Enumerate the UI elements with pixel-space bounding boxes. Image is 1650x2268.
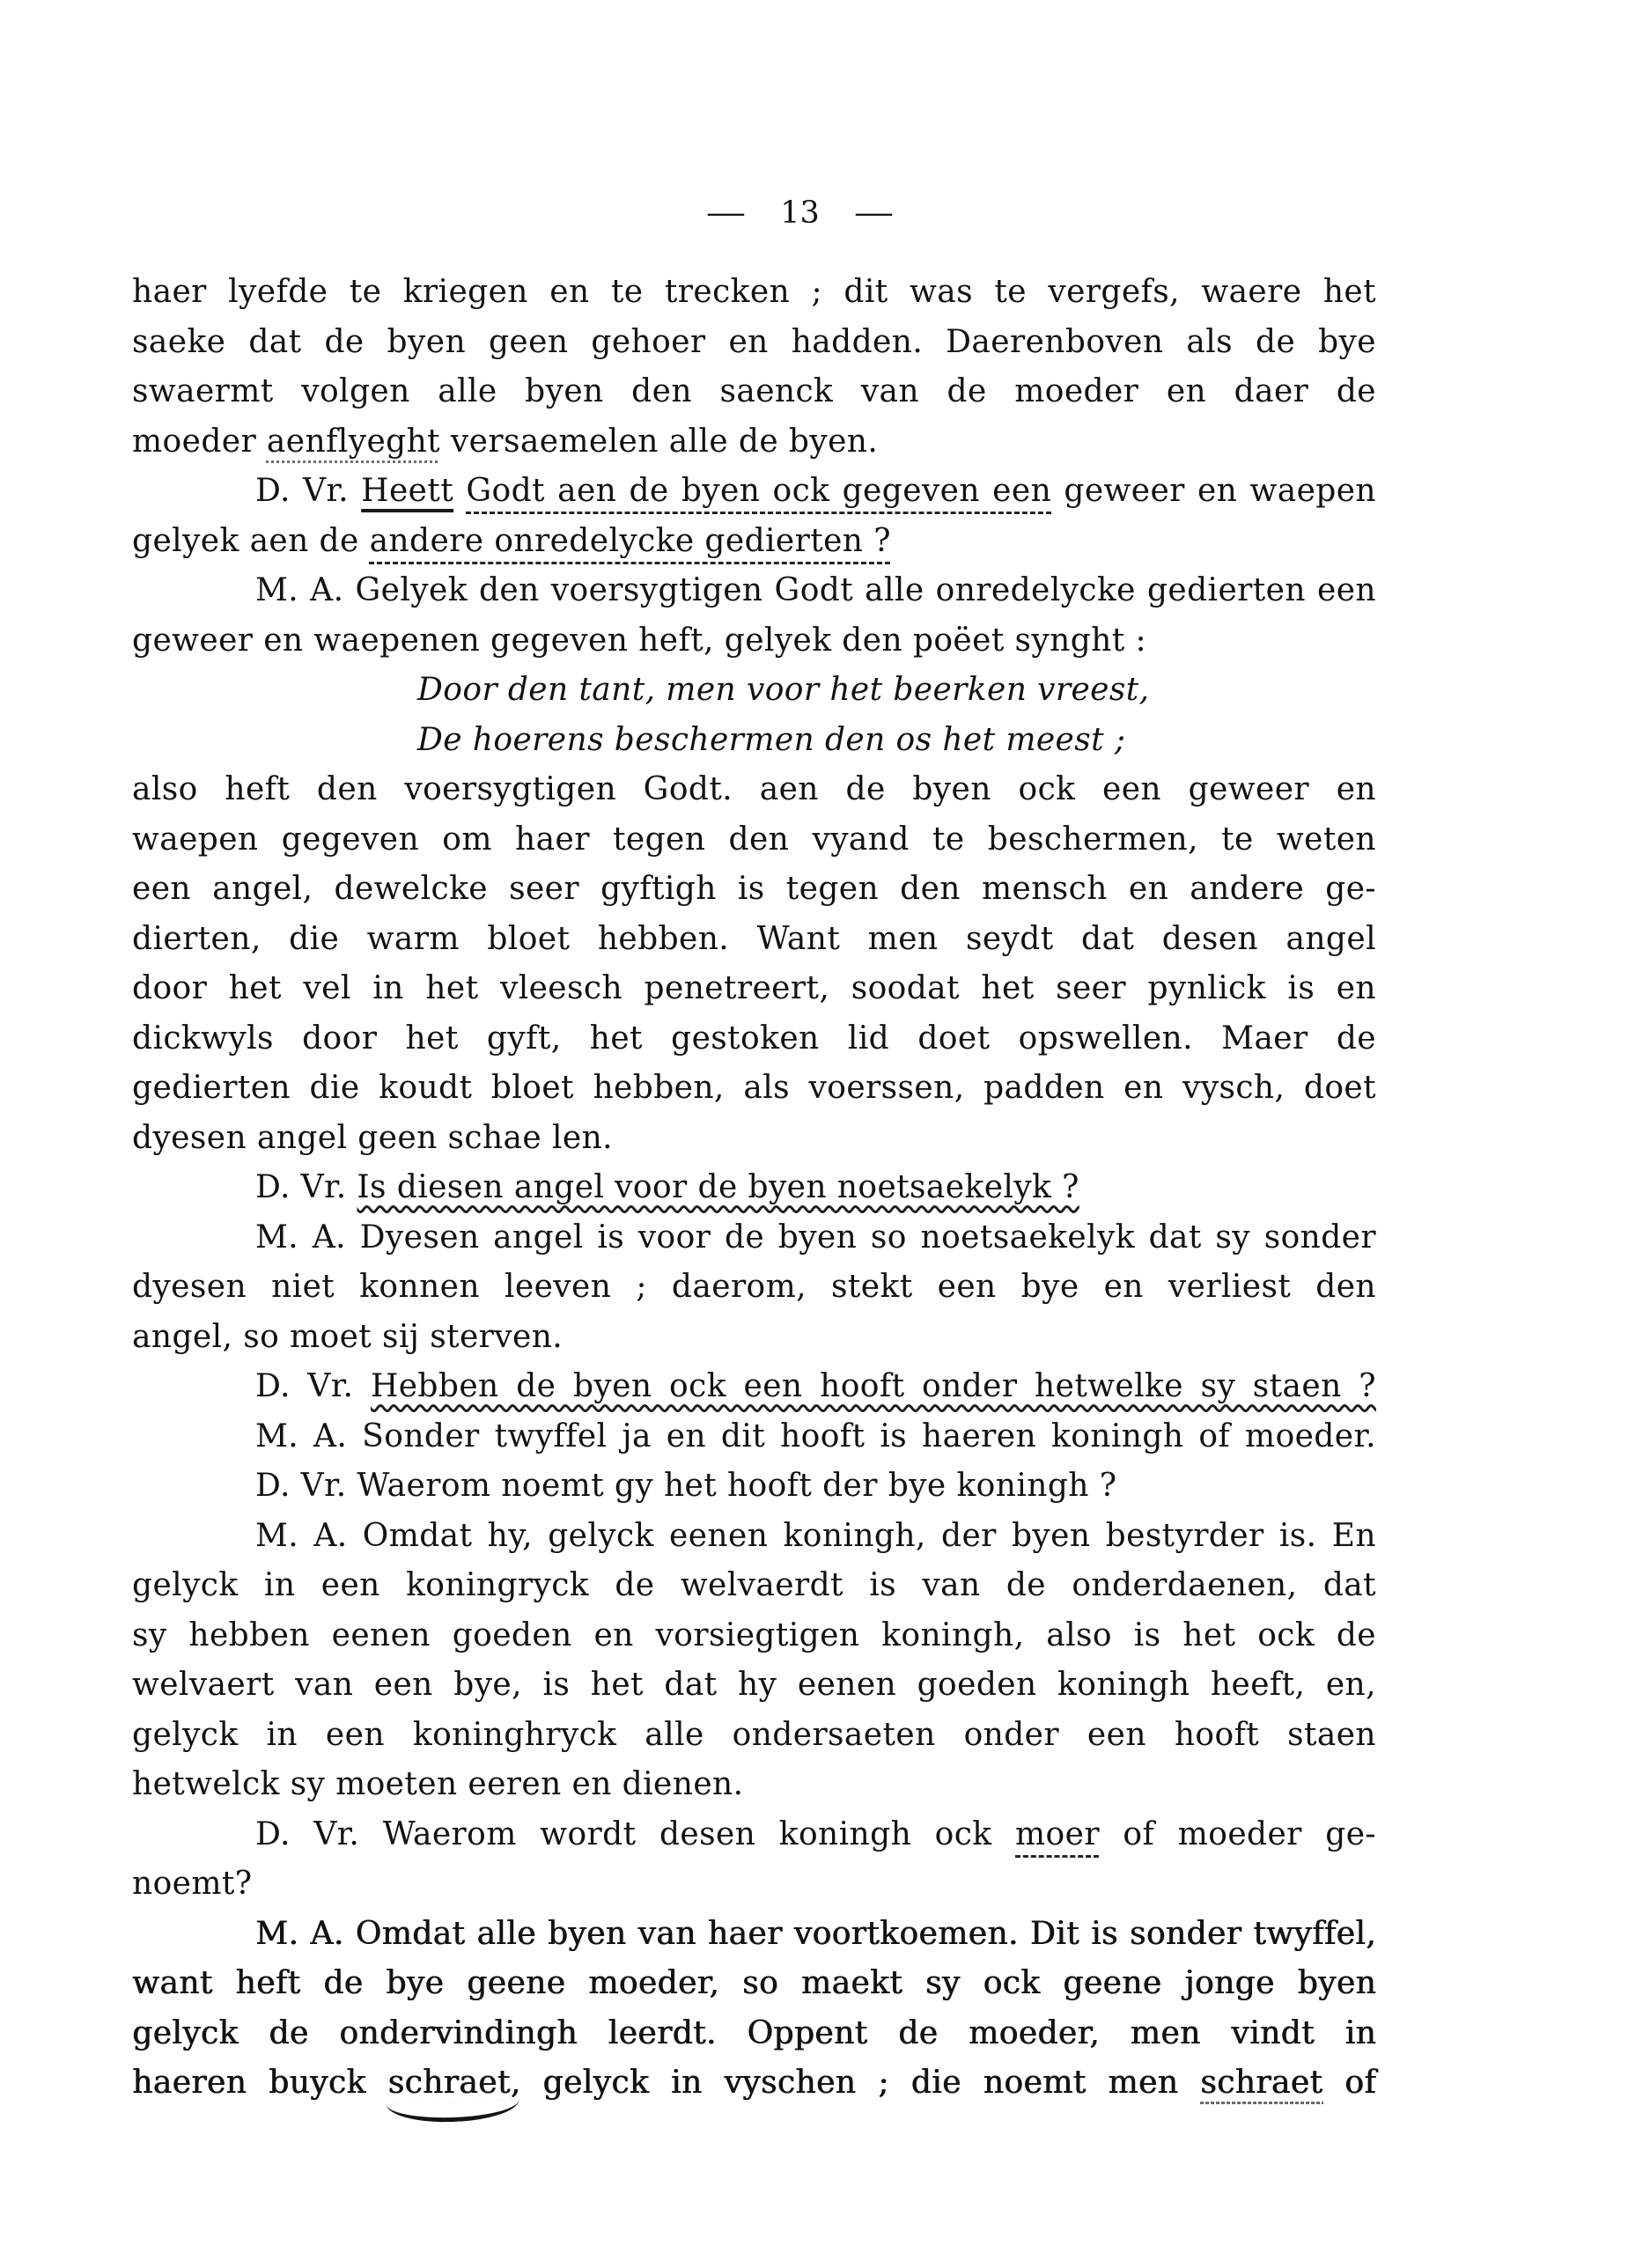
- text-segment: swaermt volgen alle byen den saenck van …: [132, 373, 1376, 409]
- text-line: D. Vr. Waerom wordt desen koningh ock mo…: [132, 1810, 1376, 1860]
- text-line: M. A. Omdat alle byen van haer voortkoem…: [132, 1910, 1376, 1960]
- text-line: haer lyefde te kriegen en te trecken ; d…: [132, 268, 1376, 318]
- text-segment: welvaert van een bye, is het dat hy eene…: [132, 1667, 1376, 1703]
- text-segment: gelyck in een koningryck de welvaerdt is…: [132, 1567, 1376, 1603]
- text-segment: sy hebben eenen goeden en vorsiegtigen k…: [132, 1617, 1376, 1653]
- text-segment: D. Vr.: [255, 473, 361, 509]
- text-segment: waepen gegeven om haer tegen den vyand t…: [132, 821, 1376, 858]
- text-line: M. A. Omdat hy, gelyck eenen koningh, de…: [132, 1512, 1376, 1562]
- text-line: dyesen angel geen schae len.: [132, 1114, 1376, 1164]
- text-segment: M. A. Omdat alle byen van haer voortkoem…: [255, 1916, 1376, 1952]
- text-line: M. A. Sonder twyffel ja en dit hooft is …: [132, 1412, 1376, 1462]
- text-segment: of moeder ge-: [1100, 1816, 1376, 1852]
- text-line: door het vel in het vleesch penetreert, …: [132, 964, 1376, 1014]
- text-segment: geweer en waepen: [1051, 473, 1376, 509]
- text-line: dierten, die warm bloet hebben. Want men…: [132, 915, 1376, 965]
- text-segment: geweer en waepenen gegeven heft, gelyek …: [132, 622, 1146, 659]
- text-line: D. Vr. Waerom noemt gy het hooft der bye…: [132, 1462, 1376, 1512]
- text-segment: versaemelen alle de byen.: [440, 423, 878, 460]
- text-segment: moeder: [132, 423, 267, 460]
- text-line: also heft den voersygtigen Godt. aen de …: [132, 765, 1376, 815]
- pencil-underline-wavy-text: Hebben de byen ock een hooft onder hetwe…: [371, 1368, 1376, 1404]
- text-segment: angel, so moet sij sterven.: [132, 1319, 563, 1355]
- text-segment: Door den tant, men voor het beerken vree…: [417, 672, 1149, 708]
- text-line: welvaert van een bye, is het dat hy eene…: [132, 1660, 1376, 1711]
- text-line: moeder aenflyeght versaemelen alle de by…: [132, 417, 1376, 468]
- text-line: D. Vr. Hebben de byen ock een hooft onde…: [132, 1362, 1376, 1412]
- text-segment: haer lyefde te kriegen en te trecken ; d…: [132, 274, 1376, 310]
- text-line: hetwelck sy moeten eeren en dienen.: [132, 1760, 1376, 1810]
- text-line: D. Vr. Is diesen angel voor de byen noet…: [132, 1163, 1376, 1213]
- pencil-underline-solid-text: Heett: [361, 473, 453, 509]
- text-line: haeren buyck schraet, gelyck in vyschen …: [132, 2058, 1376, 2109]
- page-number-left-dash: —: [706, 195, 747, 231]
- text-segment: want heft de bye geene moeder, so maekt …: [132, 1965, 1376, 2001]
- text-segment: D. Vr. Waerom noemt gy het hooft der bye…: [255, 1468, 1116, 1504]
- text-line: M. A. Gelyek den voersygtigen Godt alle …: [132, 566, 1376, 616]
- text-segment: also heft den voersygtigen Godt. aen de …: [132, 771, 1376, 807]
- text-segment: M. A. Dyesen angel is voor de byen so no…: [255, 1219, 1376, 1255]
- pencil-underline-dotted-text: aenflyeght: [267, 423, 440, 460]
- text-line: saeke dat de byen geen gehoer en hadden.…: [132, 318, 1376, 368]
- text-line: gelyck de ondervindingh leerdt. Oppent d…: [132, 2009, 1376, 2059]
- text-line: dickwyls door het gyft, het gestoken lid…: [132, 1014, 1376, 1064]
- text-block: haer lyefde te kriegen en te trecken ; d…: [132, 268, 1376, 2109]
- text-line: D. Vr. Heett Godt aen de byen ock gegeve…: [132, 467, 1376, 517]
- text-line: een angel, dewelcke seer gyftigh is tege…: [132, 865, 1376, 915]
- text-segment: gelyek aen de: [132, 523, 370, 559]
- text-segment: D. Vr.: [255, 1368, 371, 1404]
- text-line: want heft de bye geene moeder, so maekt …: [132, 1959, 1376, 2009]
- text-line: noemt?: [132, 1859, 1376, 1910]
- pencil-underline-dashed-text: moer: [1015, 1816, 1100, 1852]
- text-segment: De hoerens beschermen den os het meest ;: [417, 722, 1125, 758]
- text-segment: D. Vr.: [255, 1169, 357, 1205]
- text-line: Door den tant, men voor het beerken vree…: [132, 666, 1376, 716]
- scanned-book-page: —13— haer lyefde te kriegen en te trecke…: [0, 0, 1650, 2268]
- pencil-underline-wavy-text: Is diesen angel voor de byen noetsaekely…: [357, 1169, 1079, 1205]
- text-segment: M. A. Sonder twyffel ja en dit hooft is …: [255, 1418, 1376, 1454]
- text-segment: dierten, die warm bloet hebben. Want men…: [132, 921, 1376, 957]
- text-line: geweer en waepenen gegeven heft, gelyek …: [132, 616, 1376, 666]
- text-line: sy hebben eenen goeden en vorsiegtigen k…: [132, 1611, 1376, 1661]
- text-segment: gelyck in een koninghryck alle ondersaet…: [132, 1717, 1376, 1753]
- text-segment: door het vel in het vleesch penetreert, …: [132, 970, 1376, 1006]
- text-segment: dickwyls door het gyft, het gestoken lid…: [132, 1020, 1376, 1057]
- page-number: —13—: [178, 195, 1422, 231]
- pencil-underline-arc-text: schraet: [388, 2065, 511, 2101]
- text-line: gedierten die koudt bloet hebben, als vo…: [132, 1064, 1376, 1114]
- pencil-underline-dotted-text: schraet: [1200, 2065, 1322, 2101]
- text-segment: gedierten die koudt bloet hebben, als vo…: [132, 1070, 1376, 1106]
- pencil-underline-dashed-text: Godt aen de byen ock gegeven een: [466, 473, 1051, 509]
- text-line: dyesen niet konnen leeven ; daerom, stek…: [132, 1263, 1376, 1313]
- text-line: swaermt volgen alle byen den saenck van …: [132, 367, 1376, 417]
- text-line: angel, so moet sij sterven.: [132, 1313, 1376, 1363]
- text-segment: een angel, dewelcke seer gyftigh is tege…: [132, 871, 1376, 907]
- text-segment: saeke dat de byen geen gehoer en hadden.…: [132, 324, 1376, 360]
- text-segment: noemt?: [132, 1866, 252, 1902]
- page-number-value: 13: [780, 195, 820, 231]
- text-segment: gelyck de ondervindingh leerdt. Oppent d…: [132, 2015, 1376, 2051]
- text-segment: of: [1322, 2065, 1376, 2101]
- text-line: gelyek aen de andere onredelycke gediert…: [132, 517, 1376, 567]
- text-segment: , gelyck in vyschen ; die noemt men: [511, 2065, 1201, 2101]
- text-segment: [453, 473, 466, 509]
- pencil-underline-dashed-text: andere onredelycke gedierten ?: [370, 523, 891, 559]
- text-line: De hoerens beschermen den os het meest ;: [132, 716, 1376, 766]
- text-line: gelyck in een koningryck de welvaerdt is…: [132, 1561, 1376, 1611]
- text-segment: hetwelck sy moeten eeren en dienen.: [132, 1766, 743, 1802]
- text-segment: dyesen angel geen schae len.: [132, 1120, 613, 1156]
- text-segment: M. A. Gelyek den voersygtigen Godt alle …: [255, 572, 1376, 608]
- text-line: gelyck in een koninghryck alle ondersaet…: [132, 1711, 1376, 1761]
- text-line: waepen gegeven om haer tegen den vyand t…: [132, 815, 1376, 865]
- text-segment: dyesen niet konnen leeven ; daerom, stek…: [132, 1269, 1376, 1305]
- text-segment: haeren buyck: [132, 2065, 388, 2101]
- text-segment: D. Vr. Waerom wordt desen koningh ock: [255, 1816, 1015, 1852]
- page-number-right-dash: —: [854, 195, 895, 231]
- text-segment: M. A. Omdat hy, gelyck eenen koningh, de…: [255, 1518, 1376, 1554]
- text-line: M. A. Dyesen angel is voor de byen so no…: [132, 1213, 1376, 1263]
